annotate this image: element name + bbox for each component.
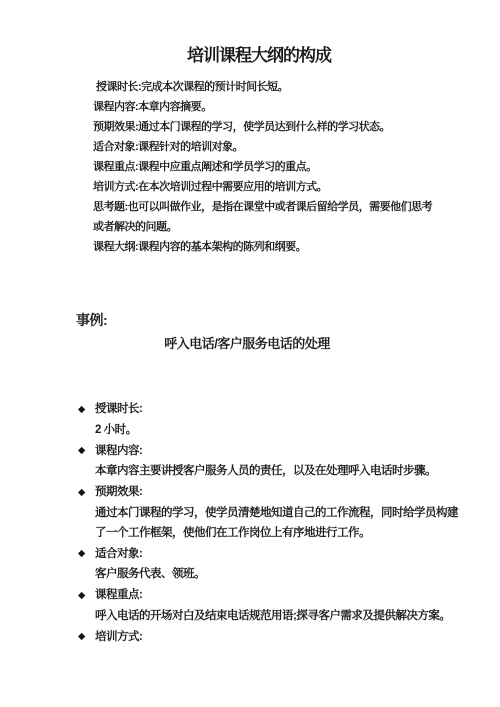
outline-item-content: 2 小时。	[78, 420, 478, 440]
case-subtitle: 呼入电话/客户服务电话的处理	[0, 334, 500, 354]
definition-line: 课程内容:本章内容摘要。	[93, 97, 463, 117]
definition-line: 课程大纲:课程内容的基本架构的陈列和纲要。	[93, 237, 463, 257]
example-label: 事例:	[76, 310, 107, 330]
outline-item: ◆课程重点:	[78, 584, 478, 606]
page-title: 培训课程大纲的构成	[0, 44, 500, 68]
outline-item-content: 客户服务代表、领班。	[78, 564, 478, 584]
definition-line: 思考题:也可以叫做作业，是指在课堂中或者课后留给学员，需要他们思考	[93, 197, 463, 217]
outline-item-content: 了一个工作框架，使他们在工作岗位上有序地进行工作。	[78, 523, 478, 543]
definition-line: 培训方式:在本次培训过程中需要应用的培训方式。	[93, 177, 463, 197]
outline-item-label: 适合对象:	[95, 548, 142, 560]
outline-item: ◆预期效果:	[78, 481, 478, 503]
outline-item-label: 课程内容:	[95, 445, 142, 457]
definition-line: 预期效果:通过本门课程的学习，使学员达到什么样的学习状态。	[93, 117, 463, 137]
outline-item: ◆授课时长:	[78, 398, 478, 420]
diamond-bullet-icon: ◆	[78, 400, 95, 420]
definition-line: 或者解决的问题。	[93, 217, 463, 237]
definition-line: 适合对象:课程针对的培训对象。	[93, 137, 463, 157]
outline-item-content: 本章内容主要讲授客户服务人员的责任，以及在处理呼入电话时步骤。	[78, 461, 478, 481]
diamond-bullet-icon: ◆	[78, 483, 95, 503]
outline-item-content: 通过本门课程的学习，使学员清楚地知道自己的工作流程，同时给学员构建	[78, 503, 478, 523]
outline-item: ◆培训方式:	[78, 626, 478, 648]
outline-item-label: 授课时长:	[95, 403, 142, 415]
outline-item: ◆课程内容:	[78, 440, 478, 462]
diamond-bullet-icon: ◆	[78, 586, 95, 606]
definition-line: 授课时长:完成本次课程的预计时间长短。	[93, 77, 463, 97]
diamond-bullet-icon: ◆	[78, 441, 95, 461]
course-outline-list: ◆授课时长:2 小时。◆课程内容:本章内容主要讲授客户服务人员的责任，以及在处理…	[78, 398, 478, 647]
outline-item-label: 预期效果:	[95, 486, 142, 498]
diamond-bullet-icon: ◆	[78, 627, 95, 647]
outline-item-label: 培训方式:	[95, 631, 142, 643]
diamond-bullet-icon: ◆	[78, 544, 95, 564]
outline-item: ◆适合对象:	[78, 543, 478, 565]
outline-item-label: 课程重点:	[95, 589, 142, 601]
definitions-paragraph: 授课时长:完成本次课程的预计时间长短。课程内容:本章内容摘要。预期效果:通过本门…	[93, 77, 463, 257]
definition-line: 课程重点:课程中应重点阐述和学员学习的重点。	[93, 157, 463, 177]
outline-item-content: 呼入电话的开场对白及结束电话规范用语;探寻客户需求及提供解决方案。	[78, 606, 478, 626]
document-page: 培训课程大纲的构成 授课时长:完成本次课程的预计时间长短。课程内容:本章内容摘要…	[0, 0, 500, 707]
